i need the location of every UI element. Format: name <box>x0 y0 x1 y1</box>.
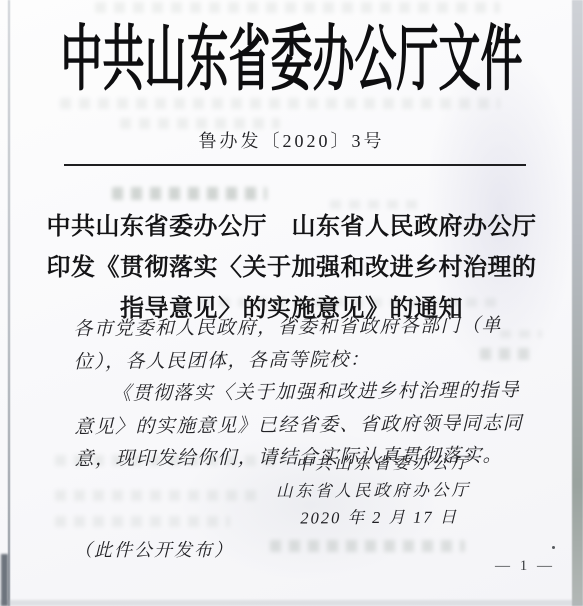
scanned-document-page: 中共山东省委办公厅文件 鲁办发〔2020〕3号 中共山东省委办公厅 山东省人民政… <box>0 0 583 606</box>
bleed-through-artifact <box>55 490 260 501</box>
scan-corner-mark <box>1 554 8 606</box>
scan-left-edge-line <box>8 0 10 606</box>
salutation-paragraph: 各市党委和人民政府，省委和省政府各部门（单位），各人民团体，各高等院校： <box>73 310 532 379</box>
signature-org2: 山东省人民政府办公厅 <box>276 476 471 504</box>
signature-block: 中共山东省委办公厅 山东省人民政府办公厅 2020 年 2 月 17 日 <box>276 449 472 531</box>
scan-right-edge-strip <box>572 0 583 606</box>
public-release-note: （此件公开发布） <box>74 536 234 562</box>
signature-org1: 中共山东省委办公厅 <box>276 449 471 477</box>
notice-title-line1: 中共山东省委办公厅 山东省人民政府办公厅 <box>0 207 583 248</box>
bleed-through-artifact <box>112 187 267 200</box>
notice-title-line2: 印发《贯彻落实〈关于加强和改进乡村治理的 <box>0 248 583 289</box>
document-letterhead-title: 中共山东省委办公厅文件 <box>0 24 583 95</box>
speck-artifact <box>552 546 555 549</box>
document-number: 鲁办发〔2020〕3号 <box>0 127 583 153</box>
bleed-through-artifact <box>55 516 230 527</box>
scan-bottom-edge <box>0 600 583 606</box>
bleed-through-artifact <box>95 2 500 13</box>
bleed-through-artifact <box>270 540 465 552</box>
signature-date: 2020 年 2 月 17 日 <box>276 503 471 531</box>
bleed-through-artifact <box>60 98 500 109</box>
letterhead-divider-rule <box>64 164 526 166</box>
page-number: — 1 — <box>495 558 555 575</box>
